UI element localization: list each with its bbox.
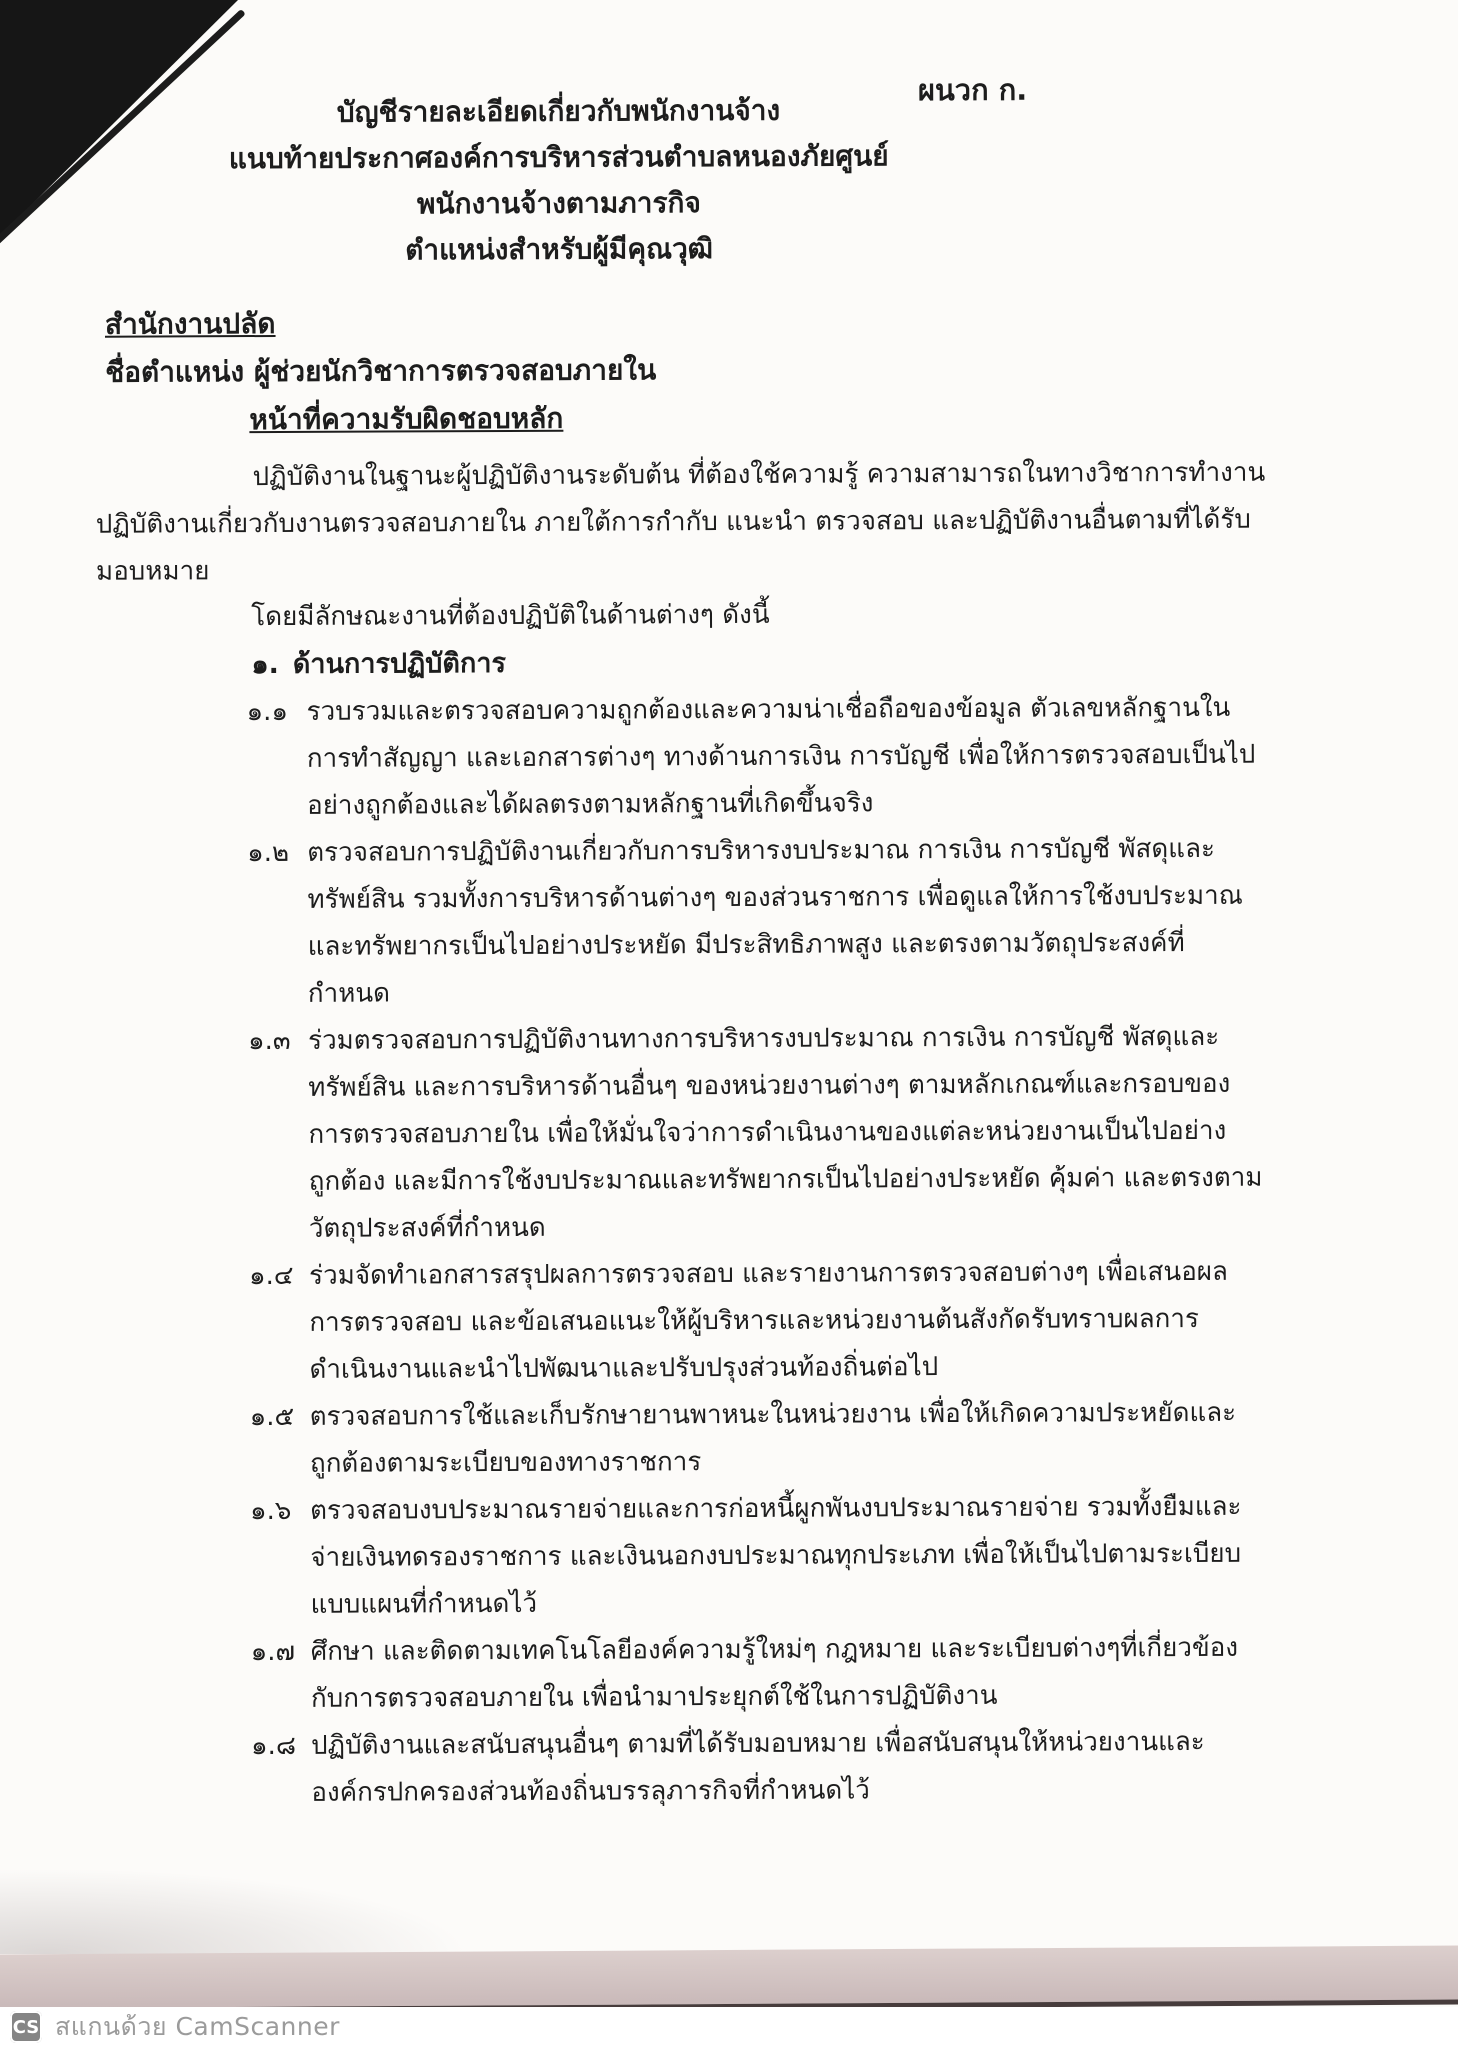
- duty-item-text: ตรวจสอบการใช้และเก็บรักษายานพาหนะในหน่วย…: [310, 1390, 1237, 1488]
- paper-bottom-edge: [0, 1945, 1458, 2013]
- duty-item: ๑.๗ ศึกษา และติดตามเทคโนโลยีองค์ความรู้ใ…: [251, 1625, 1131, 1723]
- bottom-shadow: [0, 1868, 470, 1954]
- duty-item-text: รวบรวมและตรวจสอบความถูกต้องและความน่าเชื…: [307, 685, 1256, 830]
- duty-item-text: ร่วมตรวจสอบการปฏิบัติงานทางการบริหารงบปร…: [308, 1014, 1263, 1253]
- duty-item: ๑.๖ ตรวจสอบงบประมาณรายจ่ายและการก่อหนี้ผ…: [250, 1484, 1131, 1629]
- duty-item: ๑.๕ ตรวจสอบการใช้และเก็บรักษายานพาหนะในห…: [250, 1390, 1130, 1488]
- document-title: บัญชีรายละเอียดเกี่ยวกับพนักงานจ้าง แนบท…: [96, 87, 1022, 275]
- duty-item-number: ๑.๘: [251, 1723, 311, 1817]
- duty-item-number: ๑.๗: [251, 1629, 311, 1723]
- duty-item: ๑.๘ ปฏิบัติงานและสนับสนุนอื่นๆ ตามที่ได้…: [251, 1719, 1131, 1817]
- camscanner-text: สแกนด้วย CamScanner: [55, 2007, 340, 2047]
- duty-item-text: ตรวจสอบการปฏิบัติงานเกี่ยวกับการบริหารงบ…: [307, 826, 1243, 1018]
- section-number: ๑.: [251, 642, 279, 685]
- duty-list: ๑.๑ รวบรวมและตรวจสอบความถูกต้องและความน่…: [247, 685, 1132, 1817]
- duty-item-text: ตรวจสอบงบประมาณรายจ่ายและการก่อหนี้ผูกพั…: [310, 1484, 1242, 1629]
- duty-item-text: ศึกษา และติดตามเทคโนโลยีองค์ความรู้ใหม่ๆ…: [311, 1625, 1239, 1723]
- office-heading: สำนักงานปลัด: [105, 302, 276, 347]
- position-title: ชื่อตำแหน่ง ผู้ช่วยนักวิชาการตรวจสอบภายใ…: [105, 348, 656, 394]
- duty-item: ๑.๑ รวบรวมและตรวจสอบความถูกต้องและความน่…: [247, 685, 1128, 830]
- duty-item-number: ๑.๕: [250, 1394, 310, 1488]
- section-title: ด้านการปฏิบัติการ: [293, 641, 506, 685]
- duty-item: ๑.๔ ร่วมจัดทำเอกสารสรุปผลการตรวจสอบ และร…: [249, 1249, 1130, 1394]
- scanned-page: ผนวก ก. บัญชีรายละเอียดเกี่ยวกับพนักงานจ…: [0, 0, 1458, 2048]
- duty-item-number: ๑.๑: [247, 689, 308, 830]
- document-content: ผนวก ก. บัญชีรายละเอียดเกี่ยวกับพนักงานจ…: [0, 0, 1458, 2048]
- lead-in-line: โดยมีลักษณะงานที่ต้องปฏิบัติในด้านต่างๆ …: [251, 594, 770, 637]
- section-heading: ๑. ด้านการปฏิบัติการ: [251, 641, 506, 685]
- duty-item: ๑.๒ ตรวจสอบการปฏิบัติงานเกี่ยวกับการบริห…: [247, 826, 1128, 1018]
- camscanner-bar: CS สแกนด้วย CamScanner: [10, 2010, 340, 2044]
- duty-item-number: ๑.๒: [247, 830, 308, 1018]
- duty-item-text: ปฏิบัติงานและสนับสนุนอื่นๆ ตามที่ได้รับม…: [311, 1719, 1205, 1817]
- duty-item-text: ร่วมจัดทำเอกสารสรุปผลการตรวจสอบ และรายงา…: [309, 1249, 1228, 1394]
- duty-item-number: ๑.๖: [250, 1488, 311, 1629]
- duties-heading: หน้าที่ความรับผิดชอบหลัก: [249, 397, 563, 442]
- camscanner-logo: CS: [10, 2011, 42, 2043]
- duty-item-number: ๑.๔: [249, 1253, 310, 1394]
- duty-item-number: ๑.๓: [248, 1018, 309, 1253]
- intro-paragraph: ปฏิบัติงานในฐานะผู้ปฏิบัติงานระดับต้น ที…: [96, 451, 1057, 596]
- duty-item: ๑.๓ ร่วมตรวจสอบการปฏิบัติงานทางการบริหาร…: [248, 1014, 1129, 1253]
